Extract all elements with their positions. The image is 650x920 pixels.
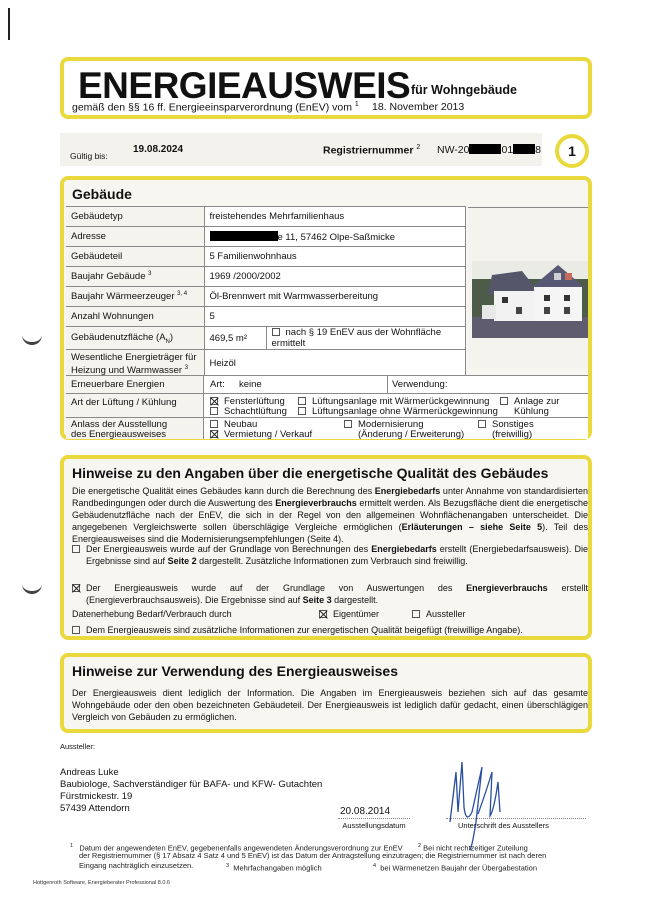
law-reference: gemäß den §§ 16 ff. Energieeinsparverord… (72, 101, 359, 114)
issuer-label: Aussteller: (60, 742, 310, 751)
section-title: Hinweise zur Verwendung des Energieauswe… (72, 663, 398, 679)
consumption-certificate-option: Der Energieausweis wurde auf der Grundla… (72, 582, 588, 606)
ventilation-with-recovery-checkbox[interactable] (298, 397, 306, 405)
table-row: Wesentliche Energieträger fürHeizung und… (66, 350, 466, 378)
punch-hole-mark (22, 582, 42, 594)
renewables-row: Erneuerbare Energien Art: keine Verwendu… (66, 375, 588, 393)
occasion-row: Anlass der Ausstellungdes Energieausweis… (66, 417, 588, 439)
occasion-rent-sale-checkbox[interactable] (210, 430, 218, 438)
occasion-other-checkbox[interactable] (478, 420, 486, 428)
ventilation-without-recovery-checkbox[interactable] (298, 407, 306, 415)
additional-info-checkbox[interactable] (72, 626, 80, 634)
table-row: Gebäudeteil5 Familienwohnhaus (66, 247, 466, 267)
footnote-2-end: Eingang nachträglich einzusetzen. (79, 861, 193, 871)
usage-hints-section: Hinweise zur Verwendung des Energieauswe… (60, 653, 592, 733)
hints-intro-paragraph: Die energetische Qualität eines Gebäudes… (72, 485, 588, 545)
building-photo (472, 261, 588, 338)
registration-number: NW-20018 (437, 144, 541, 156)
redaction-bar (469, 144, 501, 154)
law-date: 18. November 2013 (372, 101, 464, 113)
redaction-bar (513, 144, 535, 154)
data-collection-label: Datenerhebung Bedarf/Verbrauch durch (72, 609, 232, 619)
section-title: Gebäude (72, 186, 132, 202)
issuer-block: Aussteller: Andreas Luke Baubiologe, Sac… (60, 742, 310, 815)
consumption-certificate-checkbox[interactable] (72, 584, 80, 592)
cooling-system-checkbox[interactable] (500, 397, 508, 405)
demand-certificate-option: Der Energieausweis wurde auf der Grundla… (72, 543, 588, 567)
table-row: Gebäudetypfreistehendes Mehrfamilienhaus (66, 207, 466, 227)
ventilation-shaft-checkbox[interactable] (210, 407, 218, 415)
issue-date-label: Ausstellungsdatum (338, 818, 410, 830)
occasion-new-build-checkbox[interactable] (210, 420, 218, 428)
document-header: ENERGIEAUSWEIS für Wohngebäude gemäß den… (60, 57, 592, 119)
footnote-3: 3 Mehrfachangaben möglich (226, 861, 322, 874)
ventilation-row: Art der Lüftung / Kühlung Fensterlüftung… (66, 393, 588, 417)
area-option-checkbox[interactable] (272, 328, 280, 336)
page-number-badge: 1 (555, 134, 589, 168)
redaction-bar (210, 231, 278, 241)
table-row: Anzahl Wohnungen5 (66, 307, 466, 327)
building-table: Gebäudetypfreistehendes Mehrfamilienhaus… (66, 206, 466, 378)
table-row: Gebäudenutzfläche (AN)469,5 m²nach § 19 … (66, 327, 466, 350)
demand-certificate-checkbox[interactable] (72, 545, 80, 553)
scan-margin-mark (8, 8, 10, 40)
table-row: Adressee 11, 57462 Olpe-Saßmicke (66, 227, 466, 247)
software-credit: Hottgenroth Software, Energieberater Pro… (33, 880, 170, 886)
footnote-2-cont: der Registriernummer (§ 17 Absatz 4 Satz… (79, 851, 546, 861)
usage-paragraph: Der Energieausweis dient lediglich der I… (72, 687, 588, 723)
footnote-4: 4 bei Wärmenetzen Baujahr der Übergabest… (373, 861, 537, 874)
building-section: Gebäude Gebäudetypfreistehendes Mehrfami… (60, 176, 592, 440)
document-subtitle: für Wohngebäude (411, 83, 517, 97)
section-title: Hinweise zu den Angaben über die energet… (72, 465, 548, 481)
table-row: Baujahr Gebäude 31969 /2000/2002 (66, 267, 466, 287)
issuer-city: 57439 Attendorn (60, 803, 310, 815)
owner-checkbox[interactable] (319, 610, 327, 618)
issuer-title: Baubiologe, Sachverständiger für BAFA- u… (60, 779, 310, 791)
renewables-type: keine (239, 379, 262, 390)
table-row: Baujahr Wärmeerzeuger 3, 4Öl-Brennwert m… (66, 287, 466, 307)
signature-label: Unterschrift des Ausstellers (446, 818, 586, 830)
issue-date: 20.08.2014 (340, 806, 390, 817)
quality-hints-section: Hinweise zu den Angaben über die energet… (60, 455, 592, 640)
building-photo-area (468, 207, 588, 369)
valid-until-label: Gültig bis: (70, 151, 108, 161)
occasion-modernization-checkbox[interactable] (344, 420, 352, 428)
validity-bar: Gültig bis: 19.08.2024 Registriernummer … (60, 133, 542, 166)
issuer-street: Fürstmickestr. 19 (60, 791, 310, 803)
punch-hole-mark (22, 333, 42, 345)
issuer-checkbox[interactable] (412, 610, 420, 618)
ventilation-window-checkbox[interactable] (210, 397, 218, 405)
issuer-name: Andreas Luke (60, 767, 310, 779)
valid-until-date: 19.08.2024 (133, 144, 183, 155)
registration-label: Registriernummer 2 (323, 144, 420, 157)
signature (442, 752, 512, 852)
